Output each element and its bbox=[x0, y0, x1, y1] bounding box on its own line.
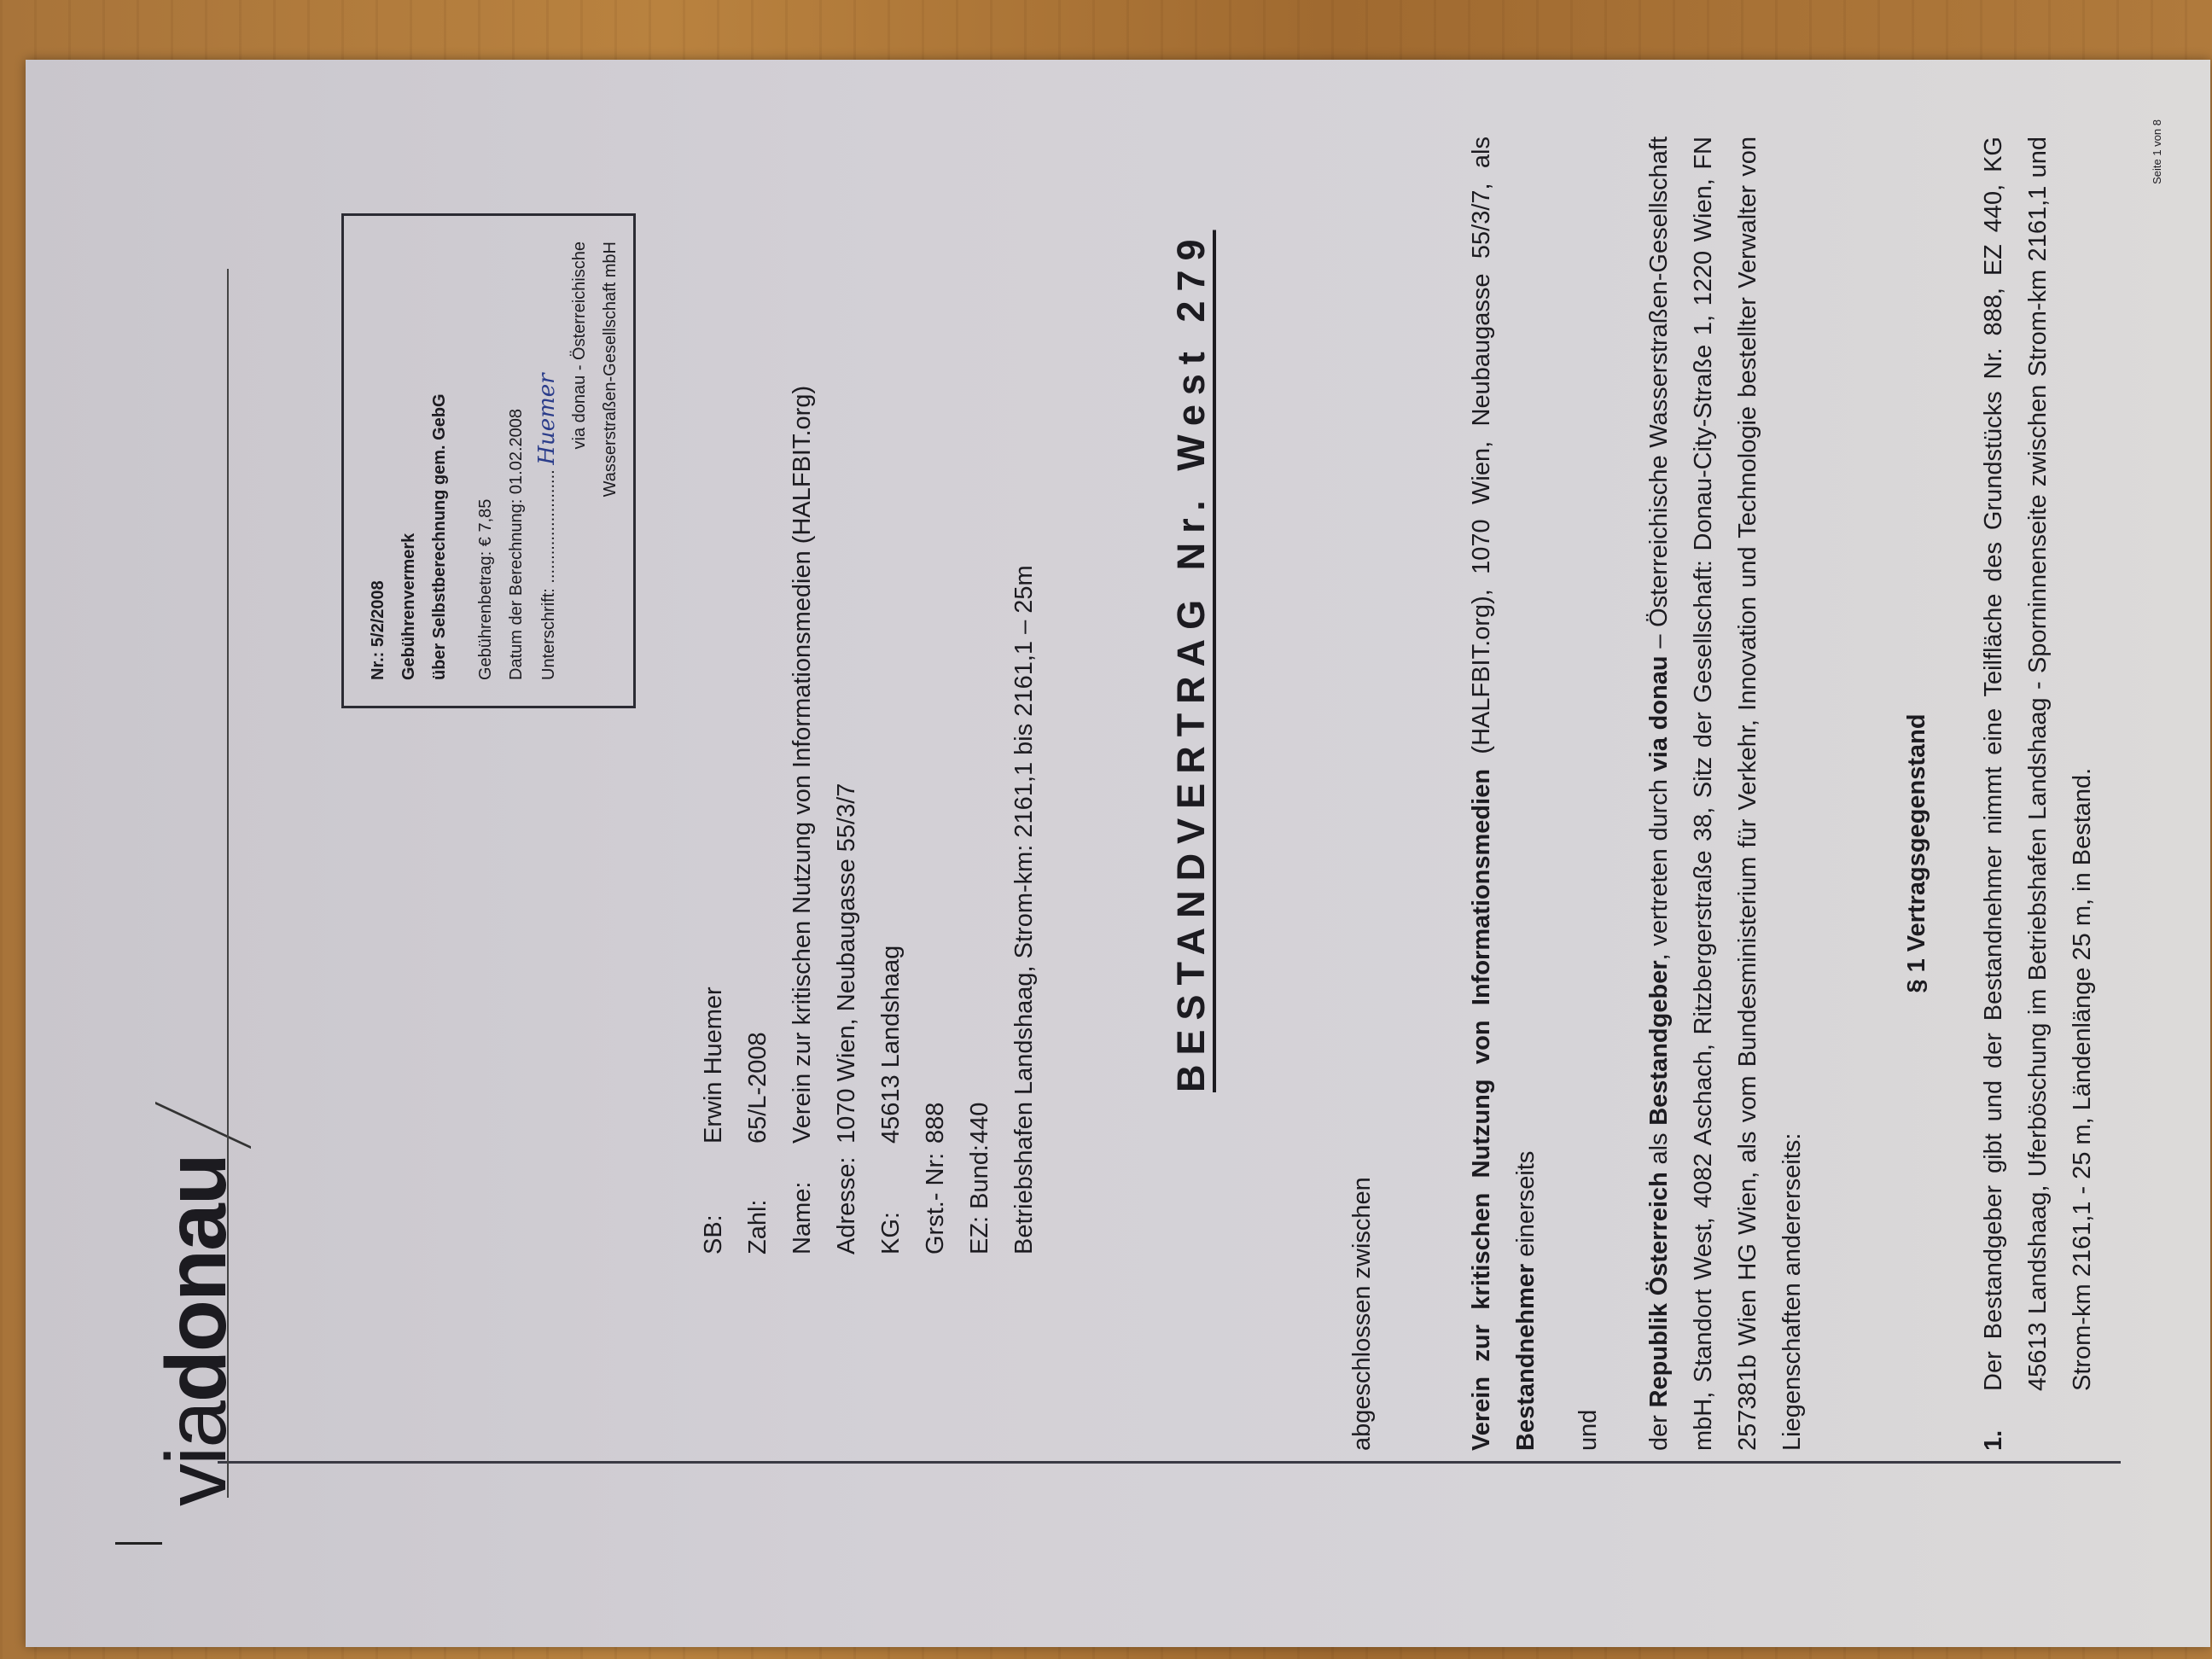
stamp-signature-row: Unterschrift: ........................ H… bbox=[532, 242, 564, 680]
stamp-amount: Gebührenbetrag: € 7,85 bbox=[470, 242, 501, 680]
stamp-date: Datum der Berechnung: 01.02.2008 bbox=[501, 242, 532, 680]
stamp-subheading: über Selbstberechnung gem. GebG bbox=[424, 242, 455, 680]
contract-page: viadonau Nr.: 5/2/2008 Gebührenvermerk ü… bbox=[26, 60, 2210, 1647]
meta-location: Betriebshafen Landshaag, Strom-km: 2161,… bbox=[1002, 386, 1046, 1254]
meta-row: Grst.- Nr:888 bbox=[913, 386, 958, 1254]
meta-row: Adresse:1070 Wien, Neubaugasse 55/3/7 bbox=[824, 386, 869, 1254]
contract-title: BESTANDVERTRAG Nr. West 279 bbox=[1169, 230, 1214, 1093]
punch-mark bbox=[115, 1542, 162, 1545]
section-1-heading: § 1 Vertragsgegenstand bbox=[1903, 60, 1931, 1647]
meta-row: SB:Erwin Huemer bbox=[691, 386, 736, 1254]
header-rule bbox=[227, 269, 229, 1498]
meta-row: Name:Verein zur kritischen Nutzung von I… bbox=[780, 386, 824, 1254]
intro-text: abgeschlossen zwischen bbox=[1340, 137, 1384, 1451]
stamp-number: Nr.: 5/2/2008 bbox=[363, 242, 393, 680]
stamp-issuer-2: Wasserstraßen-Gesellschaft mbH bbox=[595, 242, 626, 680]
meta-row: EZ: Bund:440 bbox=[958, 386, 1002, 1254]
party-lessor: der Republik Österreich als Bestandgeber… bbox=[1637, 137, 1814, 1451]
viadonau-logo: viadonau bbox=[154, 1155, 239, 1506]
meta-row: KG:45613 Landshaag bbox=[869, 386, 913, 1254]
logo-slash-icon bbox=[155, 1102, 251, 1149]
conjunction-text: und bbox=[1566, 137, 1610, 1451]
stamp-heading: Gebührenvermerk bbox=[393, 242, 424, 680]
fee-stamp-box: Nr.: 5/2/2008 Gebührenvermerk über Selbs… bbox=[341, 213, 636, 708]
margin-rule bbox=[218, 1461, 2121, 1464]
stamp-issuer-1: via donau - Österreichische bbox=[564, 242, 595, 680]
handwritten-signature: Huemer bbox=[534, 373, 560, 464]
case-metadata: SB:Erwin Huemer Zahl:65/L-2008 Name:Vere… bbox=[691, 386, 1046, 1254]
section-1-clause-1: 1. Der Bestandgeber gibt und der Bestand… bbox=[1971, 137, 2104, 1451]
meta-row: Zahl:65/L-2008 bbox=[736, 386, 780, 1254]
party-lessee: Verein zur kritischen Nutzung von Inform… bbox=[1459, 137, 1548, 1451]
page-number: Seite 1 von 8 bbox=[2151, 119, 2163, 184]
